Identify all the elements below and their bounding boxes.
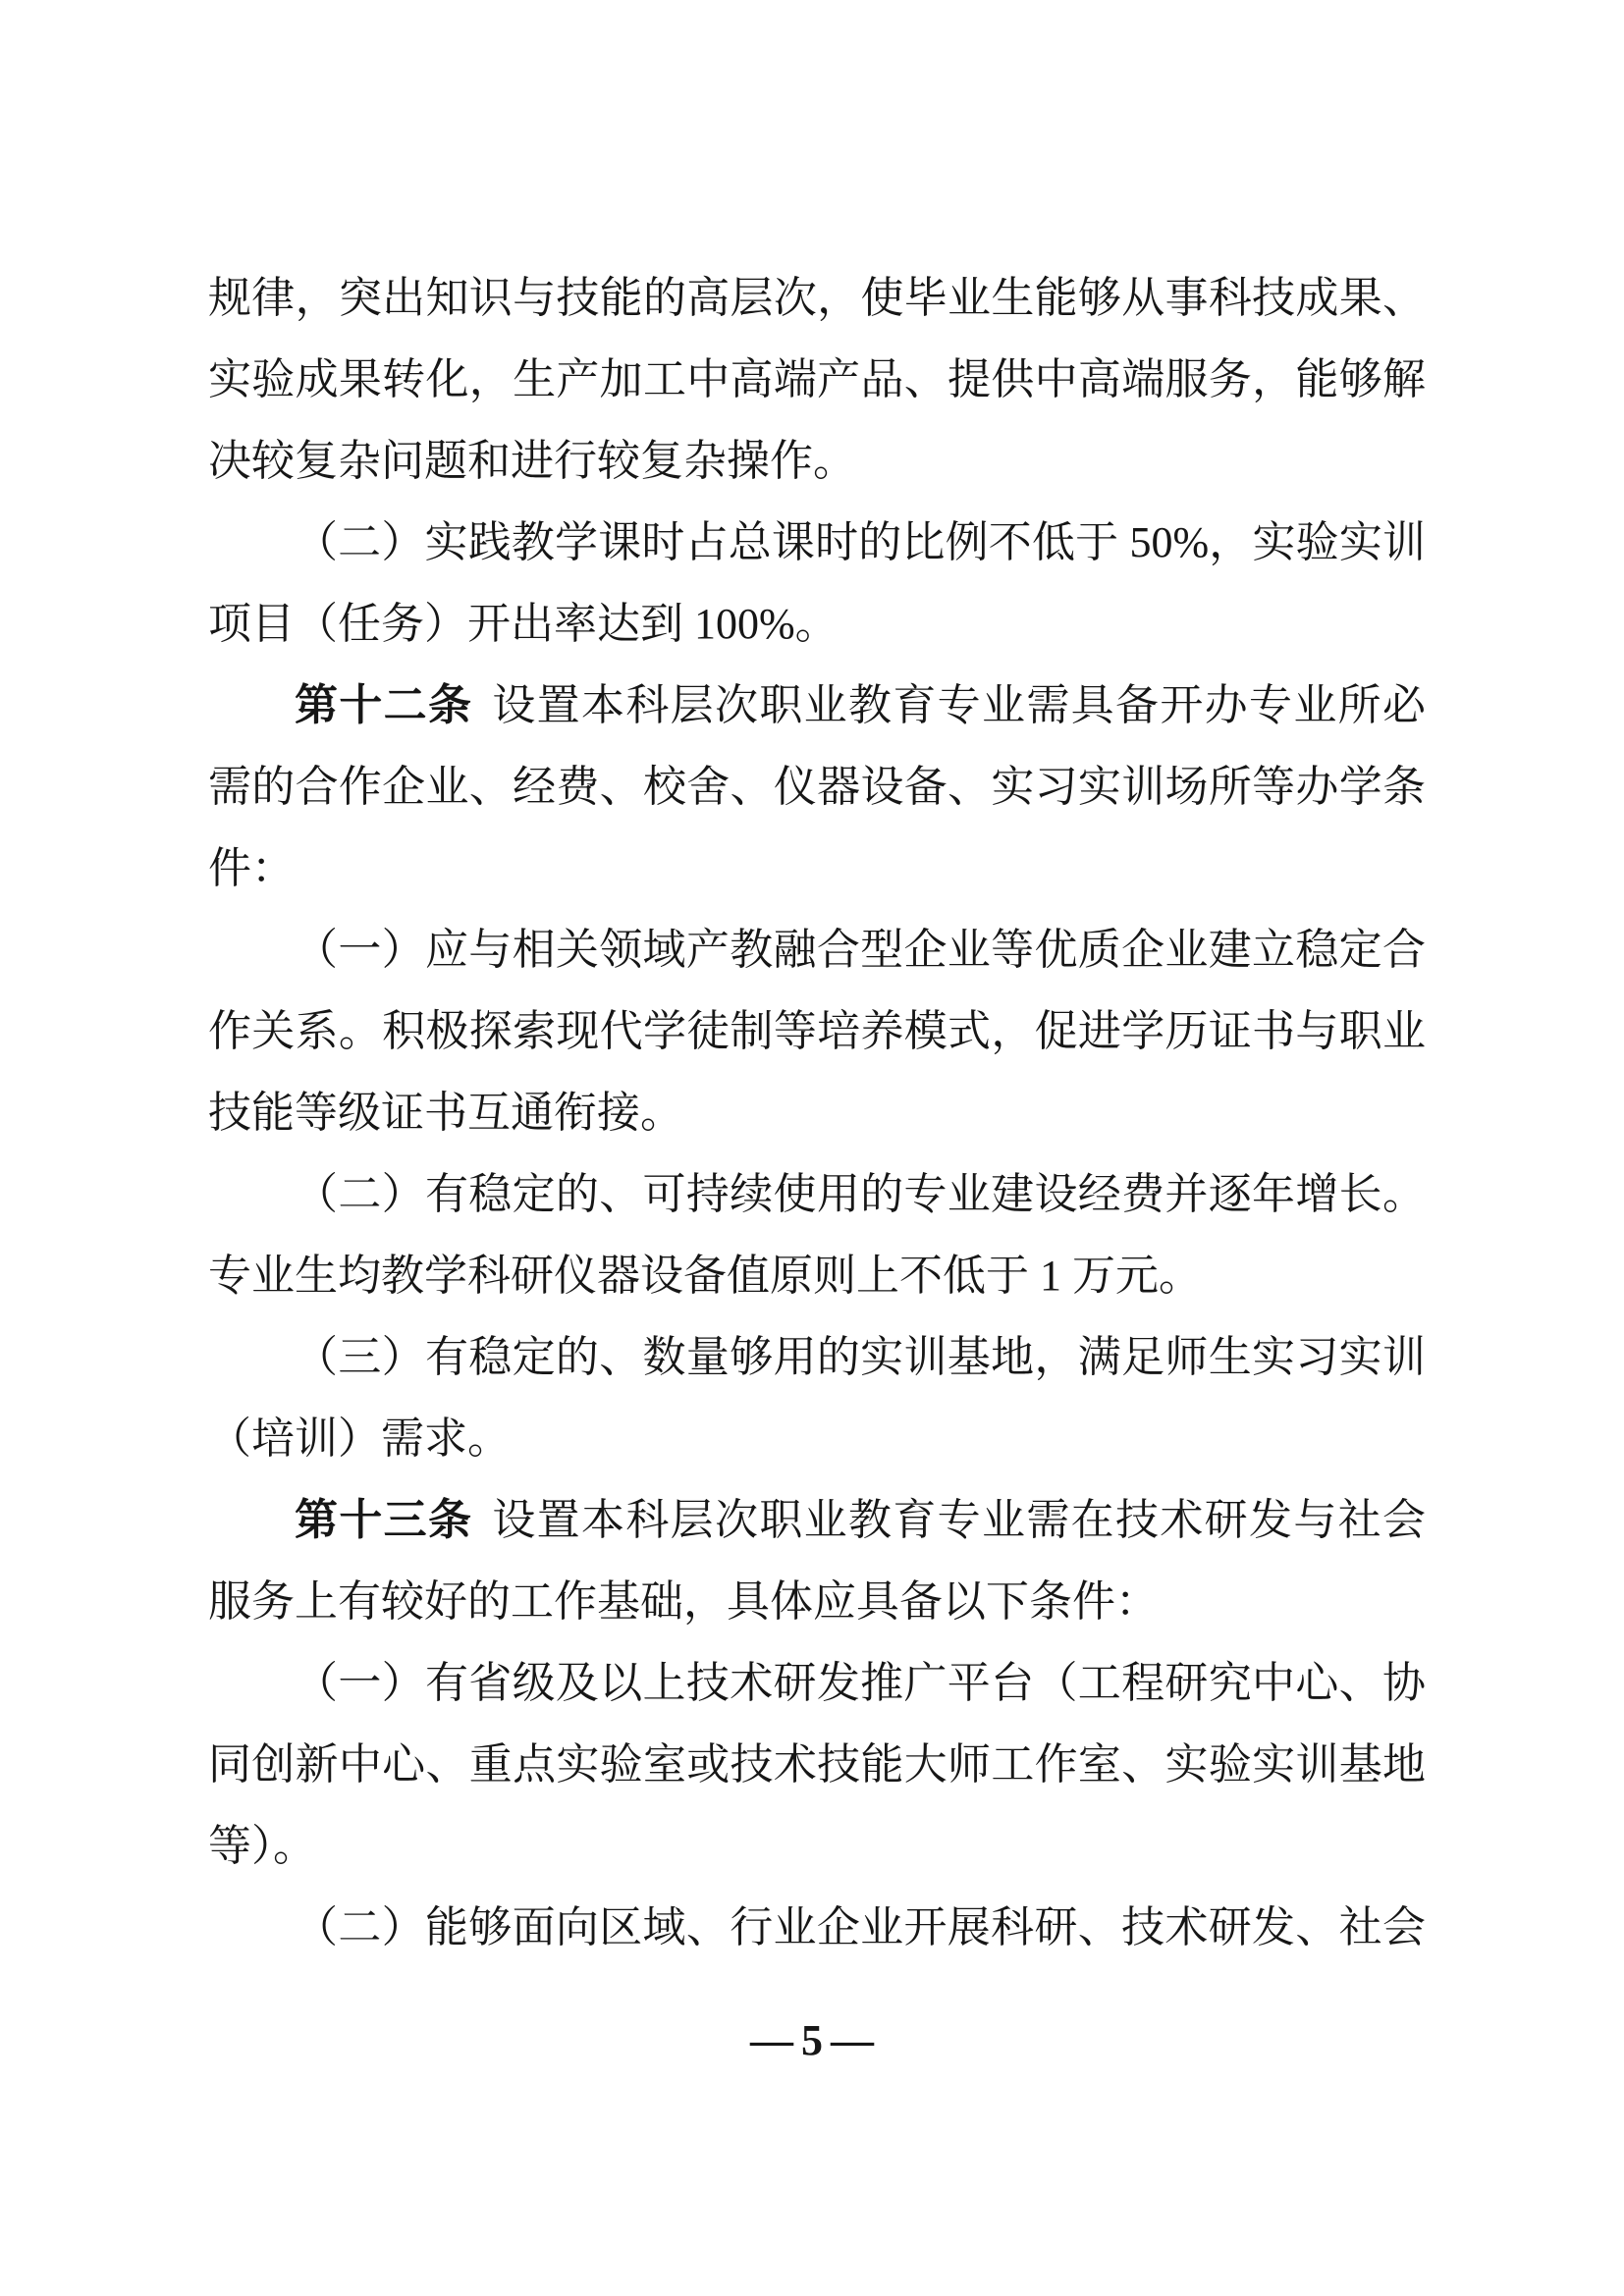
document-page: 规律，突出知识与技能的高层次，使毕业生能够从事科技成果、 实验成果转化，生产加工…: [0, 0, 1624, 2296]
footer-dash-left: —: [750, 2016, 793, 2064]
paragraph-item-1-a13: （一）有省级及以上技术研发推广平台（工程研究中心、协 同创新中心、重点实验室或技…: [208, 1642, 1426, 1887]
footer-dash-right: —: [831, 2016, 874, 2064]
paragraph-item-2-a12: （二）有稳定的、可持续使用的专业建设经费并逐年增长。 专业生均教学科研仪器设备值…: [208, 1153, 1426, 1316]
page-number: 5: [801, 2016, 823, 2064]
article-12-label: 第十二条: [295, 681, 472, 729]
text-line: 第十三条设置本科层次职业教育专业需在技术研发与社会: [208, 1479, 1426, 1561]
text-line: （一）应与相关领域产教融合型企业等优质企业建立稳定合: [208, 909, 1426, 990]
paragraph-item-2: （二）实践教学课时占总课时的比例不低于 50%，实验实训 项目（任务）开出率达到…: [208, 502, 1426, 665]
text-line: 实验成果转化，生产加工中高端产品、提供中高端服务，能够解: [208, 339, 1426, 420]
text-line: （二）能够面向区域、行业企业开展科研、技术研发、社会: [208, 1887, 1426, 1968]
paragraph-article-13: 第十三条设置本科层次职业教育专业需在技术研发与社会 服务上有较好的工作基础，具体…: [208, 1479, 1426, 1642]
paragraph-continuation: 规律，突出知识与技能的高层次，使毕业生能够从事科技成果、 实验成果转化，生产加工…: [208, 257, 1426, 502]
paragraph-item-1-a12: （一）应与相关领域产教融合型企业等优质企业建立稳定合 作关系。积极探索现代学徒制…: [208, 909, 1426, 1153]
page-footer: —5—: [0, 2016, 1624, 2065]
text-line: 作关系。积极探索现代学徒制等培养模式，促进学历证书与职业: [208, 990, 1426, 1072]
text-line: （一）有省级及以上技术研发推广平台（工程研究中心、协: [208, 1642, 1426, 1724]
text-line: （二）实践教学课时占总课时的比例不低于 50%，实验实训: [208, 502, 1426, 583]
text-line: （二）有稳定的、可持续使用的专业建设经费并逐年增长。: [208, 1153, 1426, 1235]
text-line: 第十二条设置本科层次职业教育专业需具备开办专业所必: [208, 665, 1426, 746]
paragraph-item-2-a13: （二）能够面向区域、行业企业开展科研、技术研发、社会: [208, 1887, 1426, 1968]
text-line: （三）有稳定的、数量够用的实训基地，满足师生实习实训: [208, 1316, 1426, 1398]
text-line: 同创新中心、重点实验室或技术技能大师工作室、实验实训基地: [208, 1724, 1426, 1805]
text-line: 需的合作企业、经费、校舍、仪器设备、实习实训场所等办学条: [208, 746, 1426, 828]
article-13-text: 设置本科层次职业教育专业需在技术研发与社会: [492, 1496, 1426, 1544]
article-13-label: 第十三条: [295, 1496, 472, 1544]
article-12-text: 设置本科层次职业教育专业需具备开办专业所必: [492, 681, 1426, 729]
document-body: 规律，突出知识与技能的高层次，使毕业生能够从事科技成果、 实验成果转化，生产加工…: [208, 257, 1426, 1968]
paragraph-item-3-a12: （三）有稳定的、数量够用的实训基地，满足师生实习实训 （培训）需求。: [208, 1316, 1426, 1479]
paragraph-article-12: 第十二条设置本科层次职业教育专业需具备开办专业所必 需的合作企业、经费、校舍、仪…: [208, 665, 1426, 909]
text-line: 规律，突出知识与技能的高层次，使毕业生能够从事科技成果、: [208, 257, 1426, 339]
